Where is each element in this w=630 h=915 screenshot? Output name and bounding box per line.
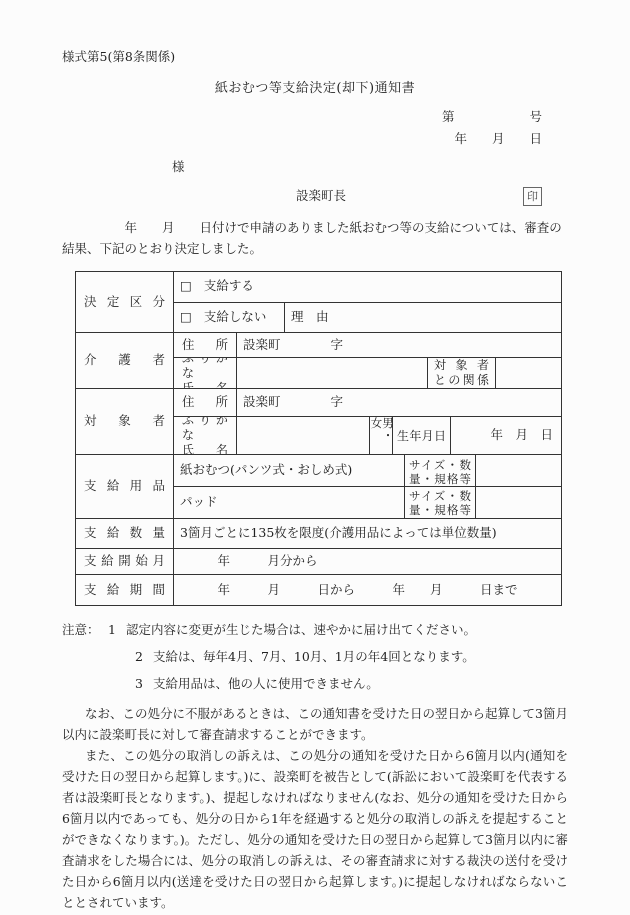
note-3-text: 支給用品は、他の人に使用できません。: [153, 674, 568, 694]
notes-prefix: 注意：: [62, 620, 108, 640]
note-line-1: 注意： 1 認定内容に変更が生じた場合は、速やかに届け出てください。: [62, 620, 568, 640]
subject-birth-label: 生年月日: [397, 427, 446, 445]
decision-label: 決定区分: [84, 293, 165, 312]
notes-section: 注意： 1 認定内容に変更が生じた場合は、速やかに届け出てください。 2 支給は…: [62, 620, 568, 694]
supply-item1-label: 紙おむつ(パンツ式・おしめ式): [180, 461, 352, 480]
period-label: 支給期間: [84, 581, 165, 600]
note-1-text: 認定内容に変更が生じた場合は、速やかに届け出てください。: [126, 620, 568, 640]
supply-item1-spec-value-cell: [475, 455, 561, 486]
issuer-row: 設楽町長 印: [62, 187, 568, 206]
relation-label-line2: との関係: [434, 373, 489, 388]
quantity-value: 3箇月ごとに135枚を限度(介護用品によっては単位数量): [180, 524, 497, 543]
checkbox-grant-icon[interactable]: □: [180, 277, 192, 296]
subject-name-value-cell: [236, 417, 369, 454]
doc-number-line: 第 号: [62, 106, 542, 128]
supplies-label-cell: 支給用品: [76, 455, 173, 518]
decision-deny-label: 支給しない: [204, 308, 267, 327]
subject-sex-cell: 男・女: [369, 417, 392, 454]
row-period: 支給期間 年 月 日から 年 月 日まで: [76, 574, 561, 605]
caregiver-address-label: 住所: [182, 336, 228, 355]
issuer-name: 設楽町長: [296, 187, 346, 206]
supply-item2-cell: パッド: [174, 487, 404, 518]
start-month-value-cell: 年 月分から: [173, 549, 561, 574]
caregiver-furigana-label: ふりがな: [182, 358, 228, 381]
note-3-number: 3: [135, 674, 153, 694]
subject-birth-value: 年 月 日: [490, 426, 553, 445]
row-decision: 決定区分 □ 支給する □ 支給しない 理 由: [76, 272, 561, 332]
subject-name-label-cell: ふりがな 氏名: [174, 417, 236, 454]
decision-label-cell: 決定区分: [76, 272, 173, 332]
addressee-suffix: 様: [172, 159, 185, 174]
caregiver-address-value-cell: 設楽町 字: [236, 333, 561, 357]
subject-birth-label-cell: 生年月日: [392, 417, 450, 454]
note-2-number: 2: [135, 647, 153, 667]
start-month-label-cell: 支給開始月: [76, 549, 173, 574]
period-value-cell: 年 月 日から 年 月 日まで: [173, 575, 561, 605]
caregiver-name-value-cell: [236, 358, 427, 388]
subject-furigana-label: ふりがな: [182, 417, 228, 443]
period-value: 年 月 日から 年 月 日まで: [180, 581, 518, 600]
quantity-value-cell: 3箇月ごとに135枚を限度(介護用品によっては単位数量): [173, 519, 561, 548]
row-quantity: 支給数量 3箇月ごとに135枚を限度(介護用品によっては単位数量): [76, 518, 561, 548]
relation-label-line1: 対象者: [434, 358, 489, 373]
start-month-value: 年 月分から: [180, 552, 318, 571]
appeal-section: なお、この処分に不服があるときは、この通知書を受けた日の翌日から起算して3箇月以…: [62, 703, 568, 913]
caregiver-relation-label-cell: 対象者 との関係: [427, 358, 495, 388]
spec-label-1: サイズ・数量・規格等: [409, 458, 471, 486]
caregiver-address-value: 設楽町 字: [243, 336, 343, 355]
note-1-number: 1: [108, 620, 126, 640]
supply-item2-spec-label-cell: サイズ・数量・規格等: [404, 487, 475, 518]
doc-number-block: 第 号 年 月 日: [62, 106, 568, 150]
row-subject: 対象者 住所 設楽町 字 ふりがな 氏名: [76, 388, 561, 454]
note-line-3: 3 支給用品は、他の人に使用できません。: [62, 674, 568, 694]
decision-reason-label: 理 由: [291, 308, 329, 327]
supply-item1-spec-label-cell: サイズ・数量・規格等: [404, 455, 475, 486]
subject-label: 対象者: [84, 412, 165, 431]
supply-item2-spec-value-cell: [475, 487, 561, 518]
subject-name-label: 氏名: [182, 443, 228, 454]
form-table: 決定区分 □ 支給する □ 支給しない 理 由: [75, 271, 562, 606]
quantity-label-cell: 支給数量: [76, 519, 173, 548]
subject-address-value-cell: 設楽町 字: [236, 389, 561, 416]
period-label-cell: 支給期間: [76, 575, 173, 605]
supply-item2-label: パッド: [180, 493, 218, 512]
checkbox-deny-icon[interactable]: □: [180, 308, 192, 327]
supplies-label: 支給用品: [84, 477, 165, 496]
form-number: 様式第5(第8条関係): [62, 48, 568, 67]
decision-grant-label: 支給する: [204, 277, 254, 296]
caregiver-name-label: 氏名: [182, 381, 228, 389]
quantity-label: 支給数量: [84, 524, 165, 543]
start-month-label: 支給開始月: [84, 552, 165, 571]
decision-reason-cell: 理 由: [284, 303, 561, 333]
caregiver-address-label-cell: 住所: [174, 333, 236, 357]
subject-address-label: 住所: [182, 393, 228, 412]
subject-label-cell: 対象者: [76, 389, 173, 454]
page-title: 紙おむつ等支給決定(却下)通知書: [62, 79, 568, 99]
subject-birth-value-cell: 年 月 日: [450, 417, 561, 454]
seal-icon: 印: [523, 187, 542, 206]
subject-address-label-cell: 住所: [174, 389, 236, 416]
decision-grant-cell: □ 支給する: [174, 272, 561, 302]
appeal-paragraph-2: また、この処分の取消しの訴えは、この処分の通知を受けた日から6箇月以内(通知を受…: [62, 745, 568, 913]
caregiver-name-label-cell: ふりがな 氏名: [174, 358, 236, 388]
spec-label-2: サイズ・数量・規格等: [409, 489, 471, 517]
caregiver-label: 介護者: [84, 351, 165, 370]
caregiver-relation-value-cell: [495, 358, 561, 388]
note-2-text: 支給は、毎年4月、7月、10月、1月の年4回となります。: [153, 647, 568, 667]
caregiver-label-cell: 介護者: [76, 333, 173, 388]
decision-deny-cell: □ 支給しない: [174, 303, 284, 333]
row-caregiver: 介護者 住所 設楽町 字 ふりがな 氏名: [76, 332, 561, 388]
subject-address-value: 設楽町 字: [243, 393, 343, 412]
subject-sex-label: 男・女: [370, 417, 392, 454]
row-supplies: 支給用品 紙おむつ(パンツ式・おしめ式) サイズ・数量・規格等 パッド: [76, 454, 561, 518]
addressee-line: 様: [62, 158, 568, 177]
supply-item1-cell: 紙おむつ(パンツ式・おしめ式): [174, 455, 404, 486]
document-page: 様式第5(第8条関係) 紙おむつ等支給決定(却下)通知書 第 号 年 月 日 様…: [0, 0, 630, 915]
note-line-2: 2 支給は、毎年4月、7月、10月、1月の年4回となります。: [62, 647, 568, 667]
row-start-month: 支給開始月 年 月分から: [76, 548, 561, 574]
doc-date-line: 年 月 日: [62, 128, 542, 150]
appeal-paragraph-1: なお、この処分に不服があるときは、この通知書を受けた日の翌日から起算して3箇月以…: [62, 703, 568, 745]
intro-paragraph: 年 月 日付けで申請のありました紙おむつ等の支給については、審査の結果、下記のと…: [62, 217, 568, 259]
